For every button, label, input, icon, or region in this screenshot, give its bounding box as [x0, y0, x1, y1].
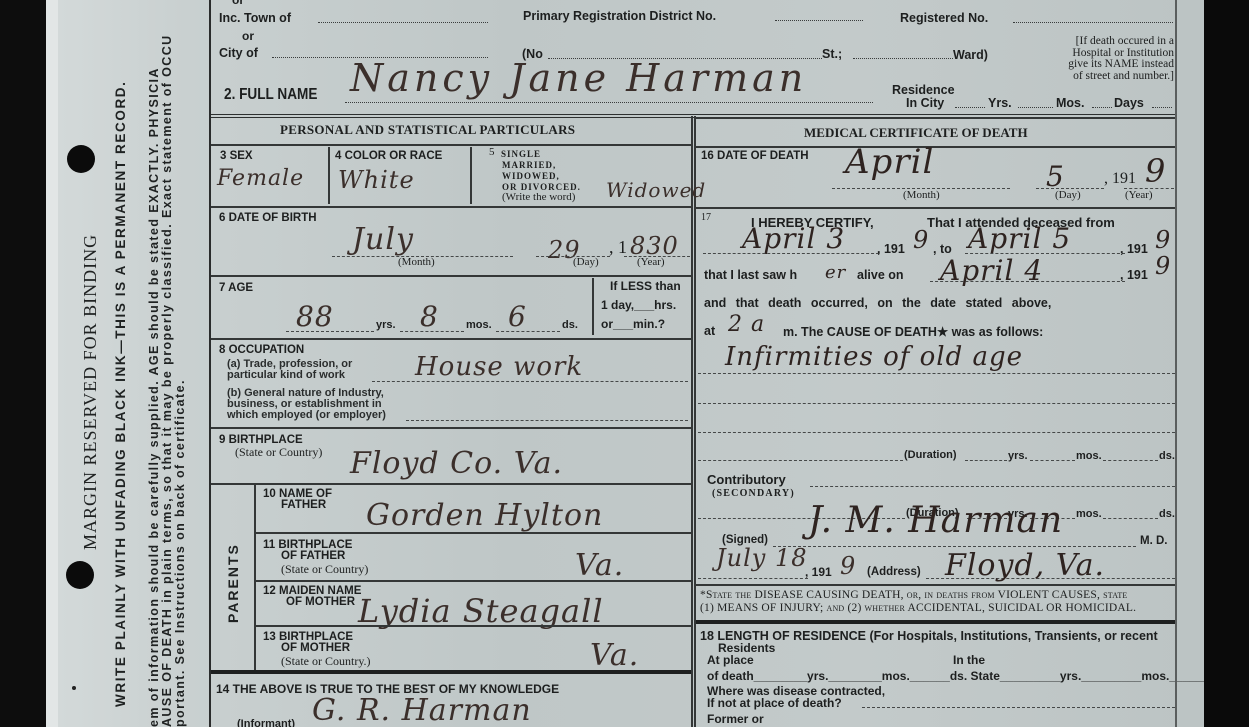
divider — [696, 207, 1175, 209]
year-prefix: , 191 — [1120, 268, 1148, 282]
contributory-label: Contributory — [707, 472, 786, 487]
binding-note: MARGIN RESERVED FOR BINDING — [80, 234, 101, 550]
father-birthplace-sub-label: (State or Country) — [281, 562, 368, 577]
in-city-field[interactable] — [955, 107, 985, 108]
inc-town-field[interactable] — [318, 22, 488, 23]
divider — [328, 147, 330, 204]
address-label: (Address) — [867, 566, 921, 578]
last-saw-date-value[interactable]: April 4 — [940, 254, 1043, 287]
footnote: *State the DISEASE CAUSING DEATH, or, in… — [700, 589, 1136, 614]
mos-caption: mos. — [1076, 508, 1102, 520]
contracted-label: If not at place of death? — [707, 696, 842, 710]
residence-days-label: Days — [1114, 96, 1144, 110]
certify-number: 17 — [701, 212, 711, 223]
day-caption: (Day) — [573, 256, 599, 268]
secondary-label: (SECONDARY) — [712, 488, 795, 499]
attended-to-year[interactable]: 9 — [1155, 226, 1171, 254]
divider — [696, 146, 1175, 148]
marital-option: SINGLE — [501, 149, 581, 160]
divider — [211, 427, 691, 429]
write-plainly-note: WRITE PLAINLY WITH UNFADING BLACK INK—TH… — [113, 80, 128, 707]
certificate-paper — [46, 0, 1204, 727]
marital-option: WIDOWED, — [501, 171, 581, 182]
sex-value[interactable]: Female — [217, 166, 304, 191]
age-months-line — [400, 331, 464, 332]
scan-background — [1204, 0, 1249, 727]
last-saw-year[interactable]: 9 — [1155, 252, 1171, 280]
father-name-label: 10 NAME OF FATHER — [263, 489, 332, 511]
duration-line — [698, 460, 903, 461]
medical-section-title: MEDICAL CERTIFICATE OF DEATH — [804, 125, 1028, 141]
hospital-note: [If death occured in a Hospital or Insti… — [1037, 36, 1174, 82]
less-than-day-line: 1 day,___hrs. — [601, 296, 681, 315]
hospital-note-line: of street and number.] — [1037, 71, 1174, 83]
at-label: at — [704, 324, 715, 338]
contributory-line[interactable] — [810, 486, 1175, 487]
section-divider — [211, 670, 691, 674]
alive-on-label: alive on — [857, 268, 904, 282]
marital-value[interactable]: Widowed — [606, 178, 706, 202]
label-line: FATHER — [263, 500, 332, 511]
personal-section-title: PERSONAL AND STATISTICAL PARTICULARS — [280, 122, 575, 138]
informant-value[interactable]: G. R. Harman — [312, 693, 532, 727]
mos-caption: mos. — [1076, 450, 1102, 462]
occupation-label: 8 OCCUPATION — [219, 344, 304, 356]
attended-to-value[interactable]: April 5 — [968, 222, 1071, 255]
residence-label: Residence — [892, 83, 955, 97]
hospital-note-line: give its NAME instead — [1037, 59, 1174, 71]
yrs-caption: yrs. — [1008, 450, 1028, 462]
occupation-b-line[interactable] — [406, 420, 688, 421]
section-divider — [696, 620, 1175, 624]
at-place-label: At place — [707, 653, 754, 667]
instructions-line-3: portant. See Instructions on back of cer… — [173, 379, 187, 727]
form-border-left — [209, 0, 211, 727]
informant-label: (Informant) — [237, 718, 295, 727]
marital-instruction: (Write the word) — [502, 191, 575, 203]
occurred-text: and that death occurred, on the date sta… — [704, 296, 1051, 310]
footnote-line: (1) MEANS OF INJURY; and (2) whether ACC… — [700, 602, 1136, 615]
age-days-line — [496, 331, 560, 332]
signed-date-value[interactable]: July 18 — [716, 544, 807, 572]
age-years-line — [286, 331, 374, 332]
divider — [256, 625, 691, 627]
last-saw-label: that I last saw h — [704, 268, 797, 282]
registered-no-label: Registered No. — [900, 11, 988, 25]
year-prefix: , 191 — [805, 565, 832, 579]
primary-district-field[interactable] — [775, 20, 863, 21]
divider — [211, 483, 691, 485]
cause-text: m. The CAUSE OF DEATH★ was as follows: — [783, 324, 1043, 339]
occupation-b-label: (b) General nature of Industry, business… — [227, 388, 386, 421]
residence-yrs-label: Yrs. — [988, 96, 1012, 110]
less-than-day-line: If LESS than — [601, 277, 681, 296]
duration-line — [1103, 518, 1158, 519]
age-label: 7 AGE — [219, 282, 253, 294]
registered-no-field[interactable] — [1013, 22, 1173, 23]
physician-signature[interactable]: J. M. Harman — [808, 500, 1063, 541]
ds-caption: ds. — [562, 319, 578, 331]
duration-line — [965, 460, 1007, 461]
hospital-note-line: [If death occured in a — [1037, 36, 1174, 48]
city-label: City of — [219, 46, 258, 60]
full-name-value[interactable]: Nancy Jane Harman — [350, 56, 807, 100]
signed-year-value[interactable]: 9 — [840, 552, 856, 580]
label-line: OF MOTHER — [263, 597, 361, 608]
dob-month-value[interactable]: July — [352, 222, 414, 257]
age-years-value[interactable]: 88 — [296, 300, 334, 333]
last-saw-line — [930, 281, 1125, 282]
label-line: OF MOTHER — [263, 643, 353, 654]
mother-birthplace-sub-label: (State or Country.) — [281, 654, 371, 669]
instructions-line-1: em of information should be carefully su… — [147, 67, 161, 727]
cause-line — [698, 403, 1175, 404]
signature-line — [773, 546, 1136, 547]
last-saw-pronoun[interactable]: er — [825, 262, 846, 283]
age-days-value[interactable]: 6 — [508, 300, 527, 333]
attended-from-value[interactable]: April 3 — [742, 222, 845, 255]
parents-label: PARENTS — [225, 543, 241, 623]
mother-birthplace-value[interactable]: Va. — [590, 638, 639, 673]
less-than-day-line: or___min.? — [601, 315, 681, 334]
divider — [256, 532, 691, 534]
former-residence-label: Former or — [707, 712, 764, 726]
year-caption: (Year) — [1125, 189, 1153, 201]
label-line: which employed (or employer) — [227, 410, 386, 421]
mother-name-label: 12 MAIDEN NAME OF MOTHER — [263, 586, 361, 608]
form-border-right — [1175, 0, 1177, 727]
occupation-a-label: (a) Trade, profession, or particular kin… — [227, 359, 352, 381]
in-city-label: In City — [906, 96, 944, 110]
mother-birthplace-label: 13 BIRTHPLACE OF MOTHER — [263, 632, 353, 654]
address-value[interactable]: Floyd, Va. — [945, 548, 1105, 583]
divider — [696, 117, 1175, 119]
race-value[interactable]: White — [338, 166, 415, 194]
inc-town-label: Inc. Town of — [219, 11, 291, 25]
instructions-line-2: AUSE OF DEATH in plain terms, so that it… — [160, 34, 174, 727]
year-caption: (Year) — [637, 256, 665, 268]
year-prefix: , 191 — [877, 242, 905, 256]
divider — [211, 144, 691, 146]
md-label: M. D. — [1140, 535, 1167, 547]
contracted-line[interactable] — [862, 707, 1175, 708]
cause-line — [698, 432, 1175, 433]
race-label: 4 COLOR OR RACE — [335, 150, 442, 162]
mos-caption: mos. — [466, 319, 492, 331]
cause-of-death-value[interactable]: Infirmities of old age — [725, 342, 1023, 372]
day-caption: (Day) — [1055, 189, 1081, 201]
father-name-value[interactable]: Gorden Hylton — [366, 498, 603, 533]
primary-district-label: Primary Registration District No. — [523, 9, 716, 23]
marital-options: SINGLE MARRIED, WIDOWED, OR DIVORCED. — [501, 149, 581, 193]
age-months-value[interactable]: 8 — [420, 300, 439, 333]
in-the-label: In the — [953, 653, 985, 667]
paper-edge — [46, 0, 58, 727]
father-birthplace-value[interactable]: Va. — [575, 548, 624, 583]
duration-line — [1103, 460, 1158, 461]
divider — [211, 206, 691, 208]
ds-caption: ds. — [1159, 450, 1175, 462]
residence-mos-field[interactable] — [1092, 107, 1112, 108]
year-prefix: , 191 — [1120, 242, 1148, 256]
parents-divider — [254, 485, 256, 670]
sex-label: 3 SEX — [220, 150, 253, 162]
punch-hole-bottom — [66, 561, 94, 589]
marital-option: MARRIED, — [501, 160, 581, 171]
month-caption: (Month) — [398, 256, 435, 268]
full-name-label: 2. FULL NAME — [224, 86, 317, 104]
ward-label: Ward) — [953, 48, 988, 62]
column-divider — [691, 116, 693, 727]
dod-year-prefix: , 191 — [1104, 170, 1136, 188]
duration-label: (Duration) — [904, 449, 957, 461]
dod-year-value[interactable]: 9 — [1145, 152, 1166, 190]
dod-label: 16 DATE OF DEATH — [701, 150, 809, 162]
divider — [470, 147, 472, 204]
less-than-day-block: If LESS than 1 day,___hrs. or___min.? — [601, 277, 681, 334]
yrs-caption: yrs. — [376, 319, 396, 331]
residence-yrs-field[interactable] — [1018, 107, 1053, 108]
punch-hole-top — [67, 145, 95, 173]
label-line: particular kind of work — [227, 370, 352, 381]
ink-speck — [72, 686, 76, 690]
or-label: or — [242, 29, 254, 43]
or-label: or — [232, 0, 244, 7]
ds-caption: ds. — [1159, 508, 1175, 520]
divider — [256, 580, 691, 582]
residence-mos-label: Mos. — [1056, 96, 1084, 110]
street-label: St.; — [822, 47, 842, 61]
marital-number: 5 — [489, 146, 495, 158]
footnote-line: *State the DISEASE CAUSING DEATH, or, in… — [700, 589, 1136, 602]
residence-length-row[interactable]: of death________yrs.________mos.______ds… — [707, 669, 1233, 683]
divider — [696, 584, 1175, 586]
divider — [592, 278, 594, 335]
signed-date-line — [698, 578, 808, 579]
birthplace-sub-label: (State or Country) — [235, 445, 322, 460]
residence-days-field[interactable] — [1152, 107, 1172, 108]
month-caption: (Month) — [903, 189, 940, 201]
dob-label: 6 DATE OF BIRTH — [219, 212, 317, 224]
occupation-value[interactable]: House work — [415, 352, 583, 382]
full-name-line — [345, 102, 873, 103]
dob-year-prefix: , 1 — [609, 237, 627, 258]
father-birthplace-label: 11 BIRTHPLACE OF FATHER — [263, 540, 352, 562]
birthplace-value[interactable]: Floyd Co. Va. — [350, 446, 563, 481]
label-line: OF FATHER — [263, 551, 352, 562]
duration-line — [1030, 460, 1075, 461]
ward-field[interactable] — [853, 58, 953, 59]
attended-from-year[interactable]: 9 — [913, 226, 929, 254]
time-value[interactable]: 2 a — [728, 312, 765, 337]
divider — [211, 338, 691, 340]
attended-from-line — [703, 253, 879, 254]
dod-month-value[interactable]: April — [845, 142, 934, 182]
cause-line — [698, 373, 1175, 374]
